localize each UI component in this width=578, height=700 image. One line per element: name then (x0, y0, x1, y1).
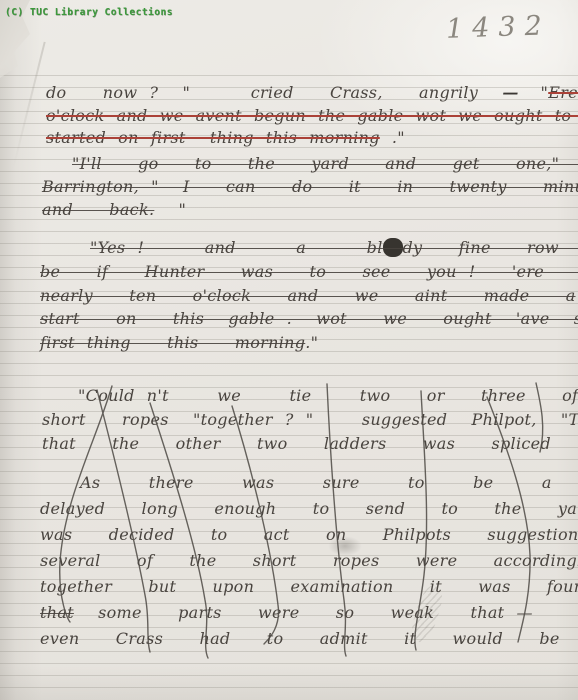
handwritten-line: first thing this morning." (40, 331, 578, 355)
paragraph-2: "I'll go to the yard and get one," sugge… (42, 152, 578, 221)
paragraph-4: "Could n't we tie two or three of thoses… (42, 384, 578, 455)
handwritten-line: do now ? " cried Crass, angrily — "Ere i… (46, 82, 578, 105)
paragraph-3: "Yes ! and a bloody fine row there'dbe i… (40, 236, 578, 355)
handwritten-line: o'clock and we avent begun the gable wot… (46, 105, 578, 128)
handwritten-line: short ropes "together ? " suggested Phil… (42, 408, 578, 432)
handwritten-line: that the other two ladders was spliced w… (42, 432, 578, 456)
handwritten-line: and back. " (42, 198, 578, 221)
handwritten-line: was decided to act on Philpots suggestio… (40, 522, 578, 548)
paragraph-5: As there was sure to be a row if theydel… (40, 470, 578, 652)
handwritten-line: "I'll go to the yard and get one," sugge… (72, 152, 578, 175)
ink-blot: oo (383, 238, 403, 257)
pencil-smudge (328, 536, 362, 556)
handwritten-line: be if Hunter was to see you ! 'ere its (40, 260, 578, 284)
handwritten-line: nearly ten o'clock and we aint made a (40, 284, 578, 308)
paper-crease (12, 42, 45, 169)
manuscript-page: (C) TUC Library Collections 1432 do now … (0, 0, 578, 700)
handwritten-line: even Crass had to admit it would be (40, 626, 578, 652)
page-number: 1432 (445, 10, 551, 45)
library-watermark: (C) TUC Library Collections (5, 7, 173, 18)
paragraph-1: do now ? " cried Crass, angrily — "Ere i… (46, 82, 578, 150)
handwritten-line: "Yes ! and a bloody fine row there'd (90, 236, 578, 260)
handwritten-line: delayed long enough to send to the yard,… (40, 496, 578, 522)
handwritten-line: that some parts were so weak that — (40, 600, 578, 626)
handwritten-line: As there was sure to be a row if they (80, 470, 578, 496)
handwritten-line: several of the short ropes were accordin… (40, 548, 578, 574)
handwritten-line: "Could n't we tie two or three of those (78, 384, 578, 408)
insertion-dash: — (502, 83, 516, 102)
handwritten-line: Barrington, " I can do it in twenty minu… (42, 175, 578, 198)
handwritten-line: start on this gable . wot we ought 'ave … (40, 307, 578, 331)
handwritten-line: started on first thing this morning ." (46, 127, 578, 150)
handwritten-line: together but upon examination it was fou… (40, 574, 578, 600)
